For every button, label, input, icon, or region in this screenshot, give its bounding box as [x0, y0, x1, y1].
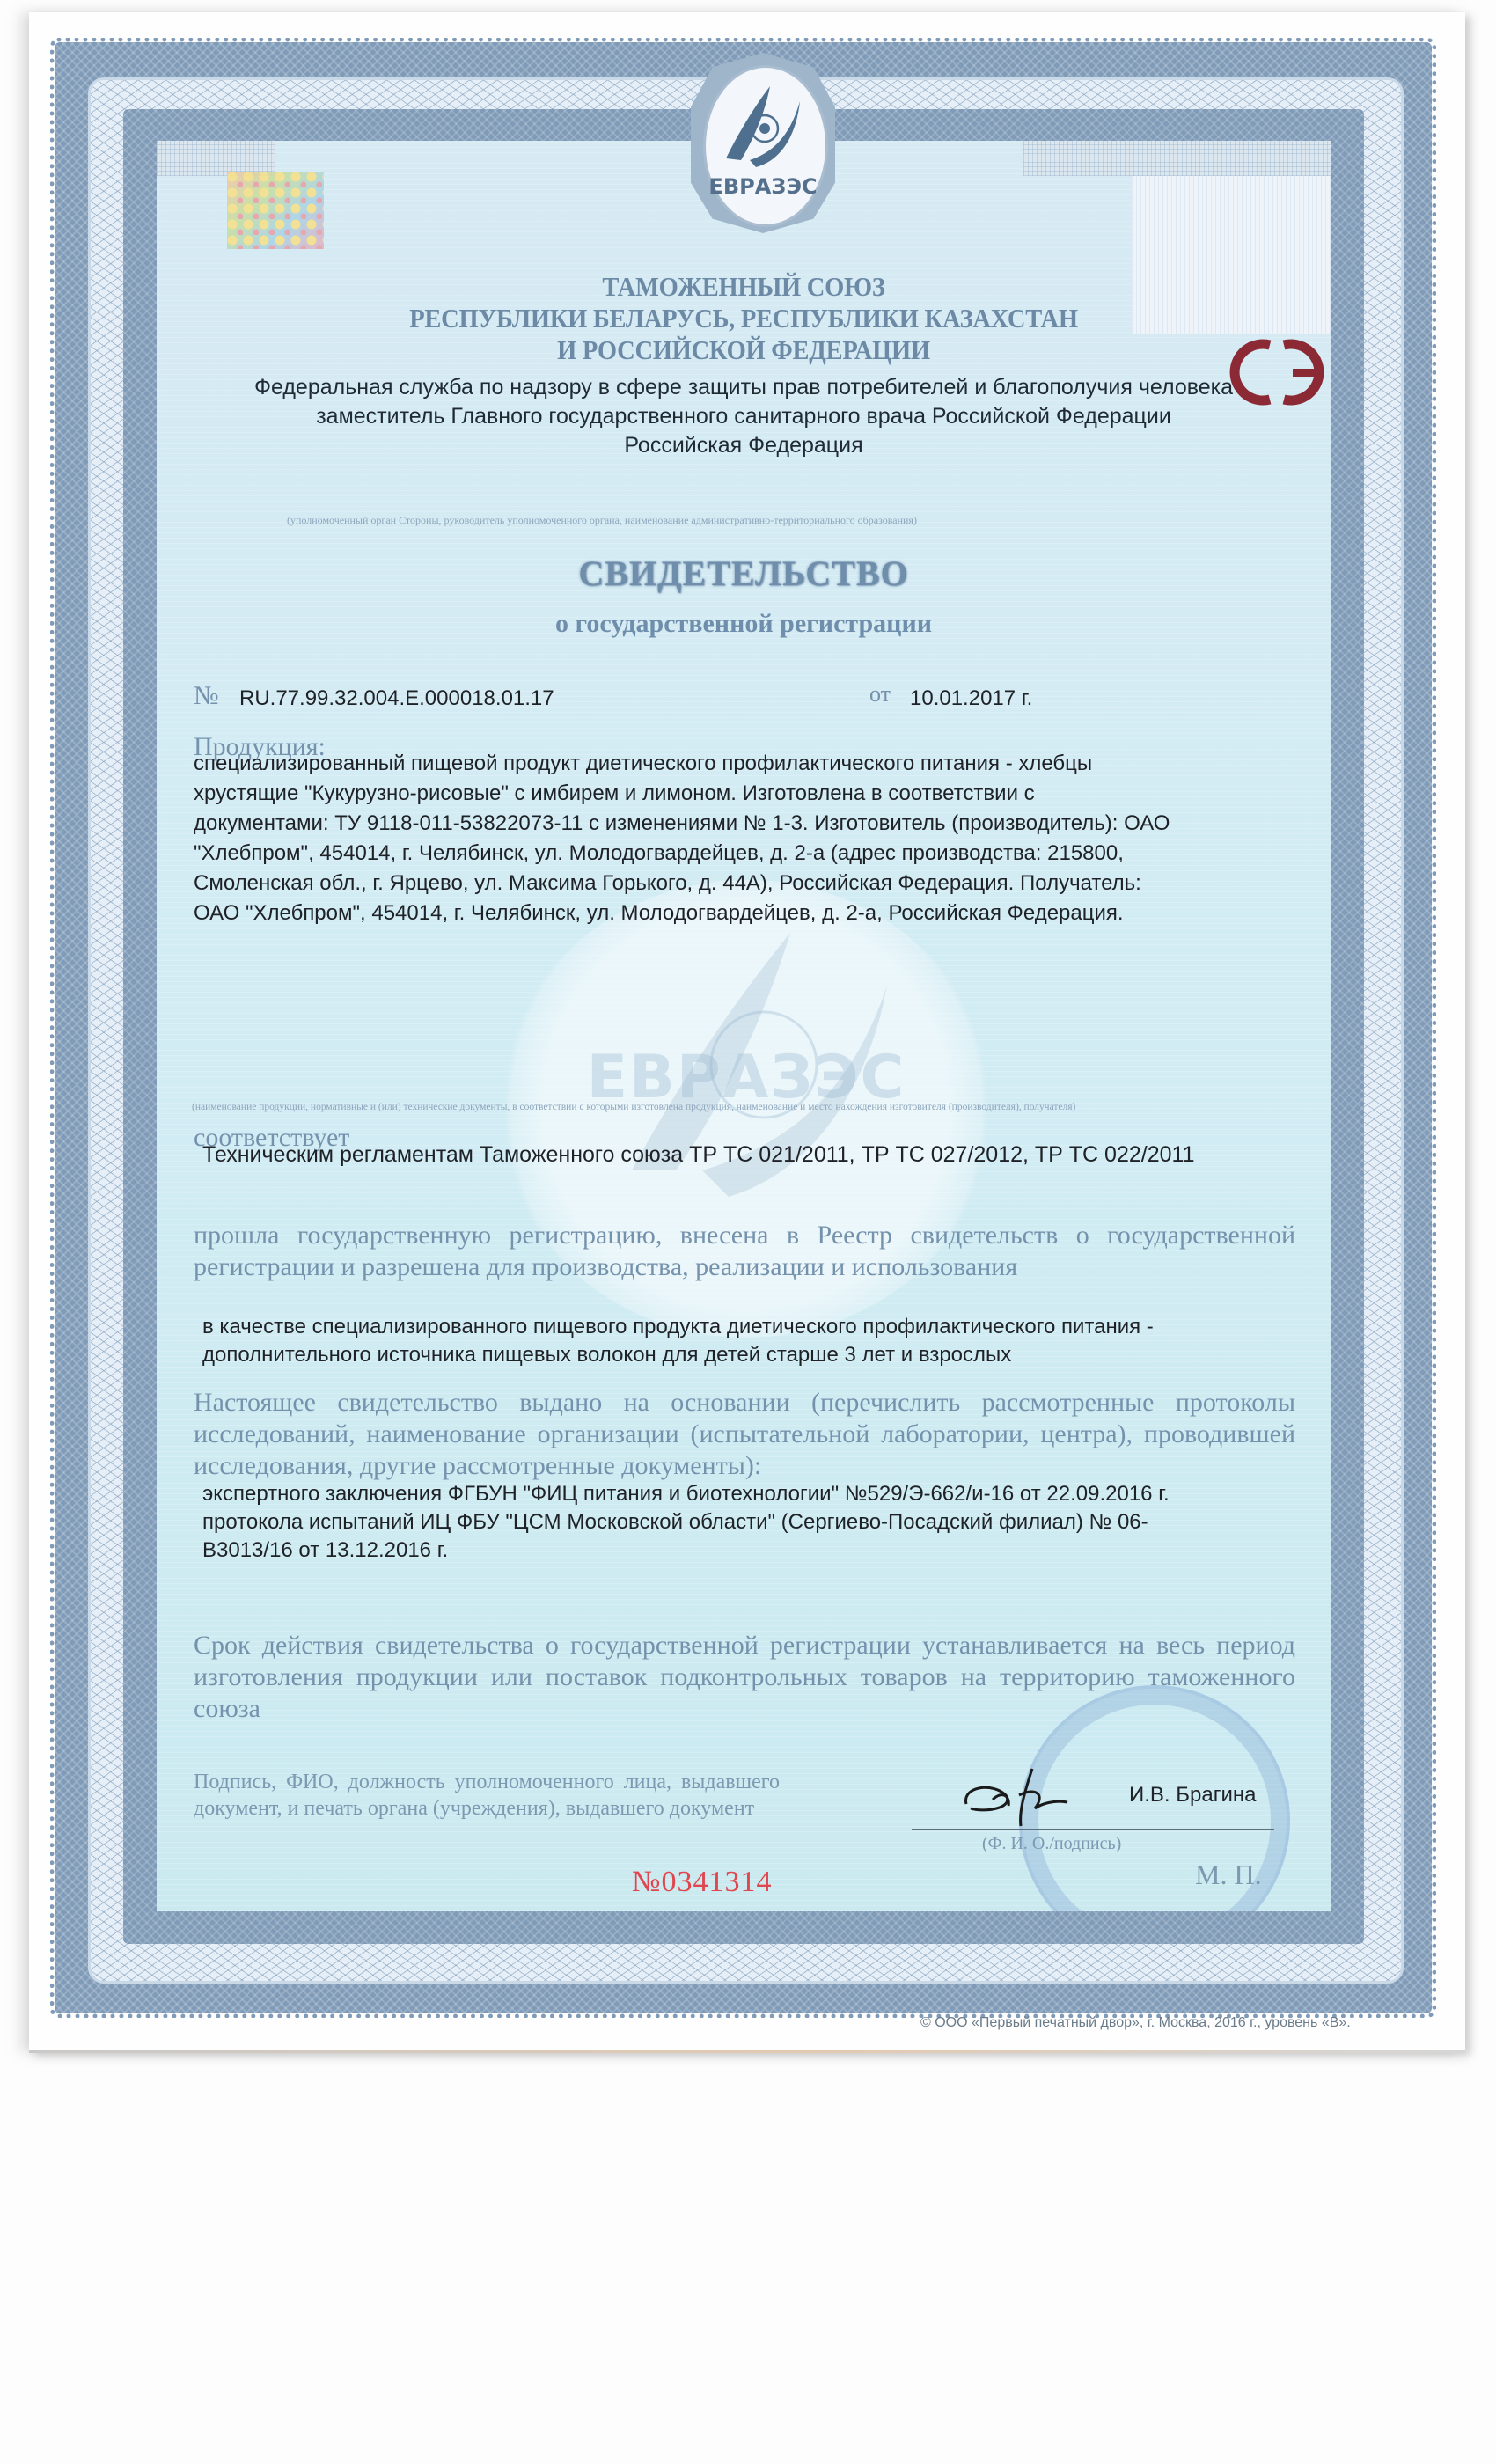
number-label: №: [194, 681, 219, 711]
authority-caption: (уполномоченный орган Стороны, руководит…: [287, 514, 917, 527]
registration-statement: прошла государственную регистрацию, внес…: [194, 1220, 1295, 1283]
date-label: от: [869, 681, 891, 708]
authority-line-3: Российская Федерация: [157, 433, 1331, 458]
evrazes-emblem-icon: [710, 79, 816, 176]
emblem-label: ЕВРАЗЭС: [703, 174, 823, 199]
product-line: "Хлебпром", 454014, г. Челябинск, ул. Мо…: [194, 841, 1124, 866]
signature-caption: Подпись, ФИО, должность уполномоченного …: [194, 1769, 780, 1822]
security-grid-right: [1023, 141, 1331, 176]
evrazes-emblem: ЕВРАЗЭС: [710, 53, 816, 185]
handwritten-signature-icon: [957, 1760, 1089, 1835]
basis-statement: Настоящее свидетельство выдано на основа…: [194, 1387, 1295, 1482]
signature-line-caption: (Ф. И. О./подпись): [982, 1834, 1121, 1854]
form-serial-number: №0341314: [632, 1866, 772, 1899]
registration-date: 10.01.2017 г.: [910, 686, 1032, 711]
header-line-2: РЕСПУБЛИКИ БЕЛАРУСЬ, РЕСПУБЛИКИ КАЗАХСТА…: [203, 303, 1283, 334]
conformity-value: Техническим регламентам Таможенного союз…: [202, 1142, 1194, 1168]
usage-line: в качестве специализированного пищевого …: [202, 1315, 1154, 1339]
paper-edge: [29, 2050, 1465, 2053]
product-line: документами: ТУ 9118-011-53822073-11 с и…: [194, 811, 1170, 836]
printer-footer-note: © ООО «Первый печатный двор», г. Москва,…: [920, 2015, 1351, 2031]
registration-number: RU.77.99.32.004.E.000018.01.17: [239, 686, 554, 711]
basis-line: протокола испытаний ИЦ ФБУ "ЦСМ Московск…: [202, 1510, 1148, 1535]
security-grid-left: [157, 141, 275, 176]
hologram-sticker-icon: [227, 172, 324, 249]
certificate-subtitle: о государственной регистрации: [157, 609, 1331, 639]
header-line-1: ТАМОЖЕННЫЙ СОЮЗ: [203, 271, 1283, 303]
product-caption: (наименование продукции, нормативные и (…: [192, 1102, 1075, 1112]
product-line: хрустящие "Кукурузно-рисовые" с имбирем …: [194, 781, 1035, 806]
product-line: Смоленская обл., г. Ярцево, ул. Максима …: [194, 871, 1141, 896]
usage-line: дополнительного источника пищевых волоко…: [202, 1343, 1011, 1368]
authority-line-2: заместитель Главного государственного са…: [157, 404, 1331, 429]
product-line: ОАО "Хлебпром", 454014, г. Челябинск, ул…: [194, 901, 1124, 926]
certificate-body: ЕВРАЗЭС ТАМОЖЕННЫЙ СОЮЗ РЕСПУБЛИКИ БЕЛАР…: [157, 141, 1331, 1911]
authority-line-1: Федеральная служба по надзору в сфере за…: [157, 375, 1331, 400]
certificate-title: СВИДЕТЕЛЬСТВО: [157, 553, 1331, 594]
seal-placeholder: М. П.: [1195, 1859, 1262, 1891]
basis-line: В3013/16 от 13.12.2016 г.: [202, 1538, 448, 1563]
basis-line: экспертного заключения ФГБУН "ФИЦ питани…: [202, 1482, 1170, 1507]
product-line: специализированный пищевой продукт диети…: [194, 752, 1092, 776]
signature-line: [912, 1829, 1274, 1830]
header-line-3: И РОССИЙСКОЙ ФЕДЕРАЦИИ: [203, 334, 1283, 366]
signatory-name: И.В. Брагина: [1129, 1783, 1256, 1808]
